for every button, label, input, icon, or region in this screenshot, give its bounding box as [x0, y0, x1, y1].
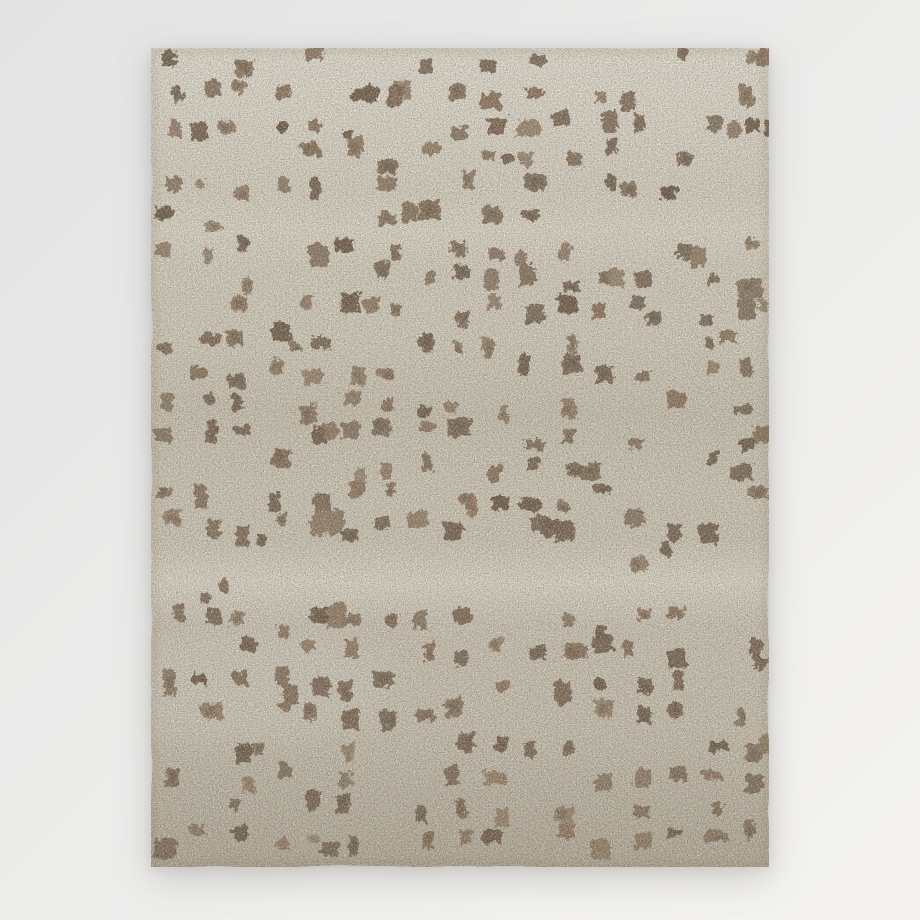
- rug-image: Overhead product photo of a rectangular …: [151, 48, 769, 867]
- product-photo-scene: Overhead product photo of a rectangular …: [0, 0, 920, 920]
- rug-body: [151, 48, 769, 867]
- rug-pattern-canvas: [151, 48, 769, 867]
- rug-svg: [151, 48, 769, 867]
- rug-grain-light: [151, 48, 769, 867]
